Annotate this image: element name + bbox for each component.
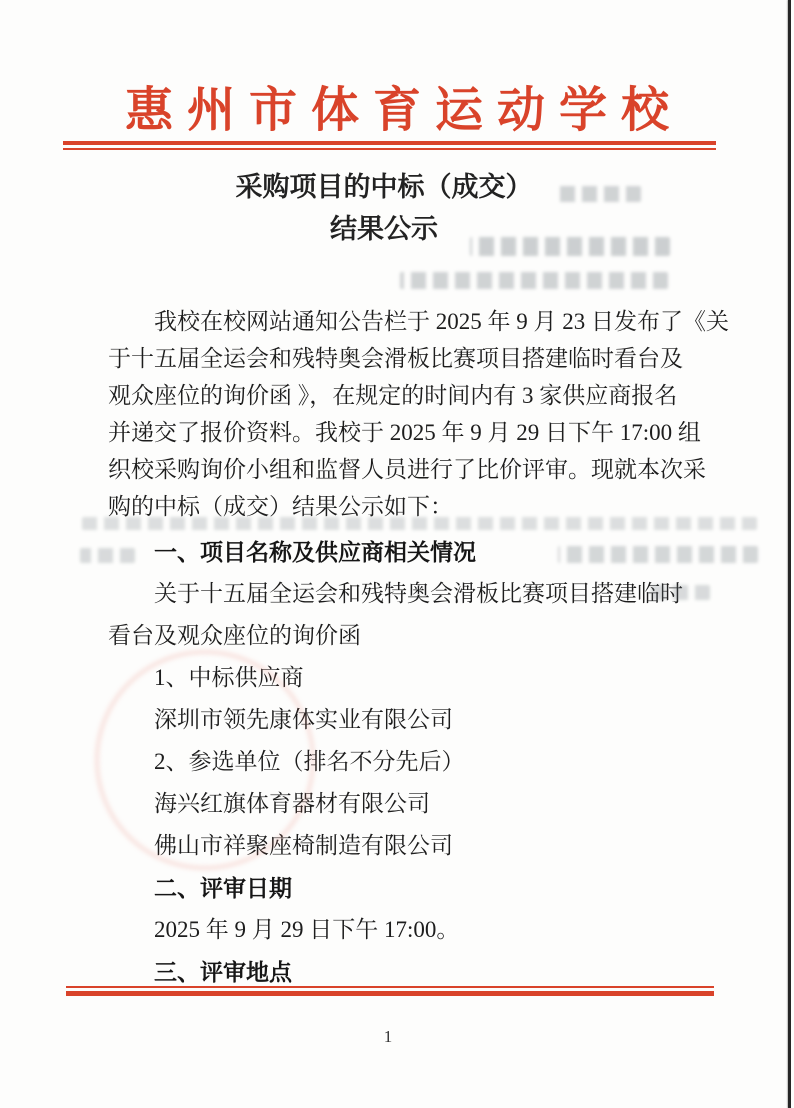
footer-rule-thick	[66, 991, 714, 996]
section2-heading: 二、评审日期	[108, 867, 748, 909]
bleed-through-text	[82, 517, 757, 530]
bleed-through-text	[400, 272, 668, 289]
review-date: 2025 年 9 月 29 日下午 17:00。	[108, 909, 748, 951]
footer-rule-thin	[66, 986, 714, 988]
bleed-through-text	[470, 237, 670, 256]
bleed-through-text	[650, 585, 710, 600]
page-number: 1	[0, 1027, 776, 1047]
intro-line: 我校在校网站通知公告栏于 2025 年 9 月 23 日发布了《关	[108, 303, 748, 340]
header-rule-thick	[63, 141, 716, 145]
bleed-through-text	[558, 546, 758, 563]
intro-paragraph: 我校在校网站通知公告栏于 2025 年 9 月 23 日发布了《关 于十五届全运…	[108, 303, 748, 525]
document-title-line1: 采购项目的中标（成交）	[0, 166, 768, 208]
bleed-through-text	[556, 186, 641, 202]
intro-line: 并递交了报价资料。我校于 2025 年 9 月 29 日下午 17:00 组	[108, 414, 748, 451]
header-rule-thin	[63, 148, 716, 150]
org-name-header: 惠州市体育运动学校	[0, 83, 794, 139]
scan-edge	[788, 0, 791, 1108]
stamp-bleed-through	[95, 650, 315, 870]
intro-line: 织校采购询价小组和监督人员进行了比价评审。现就本次采	[108, 451, 748, 488]
document-page: 惠州市体育运动学校 采购项目的中标（成交） 结果公示 我校在校网站通知公告栏于 …	[0, 0, 794, 1108]
bleed-through-text	[80, 548, 135, 563]
intro-line: 观众座位的询价函 》，在规定的时间内有 3 家供应商报名	[108, 377, 748, 414]
intro-line: 于十五届全运会和残特奥会滑板比赛项目搭建临时看台及	[108, 340, 748, 377]
